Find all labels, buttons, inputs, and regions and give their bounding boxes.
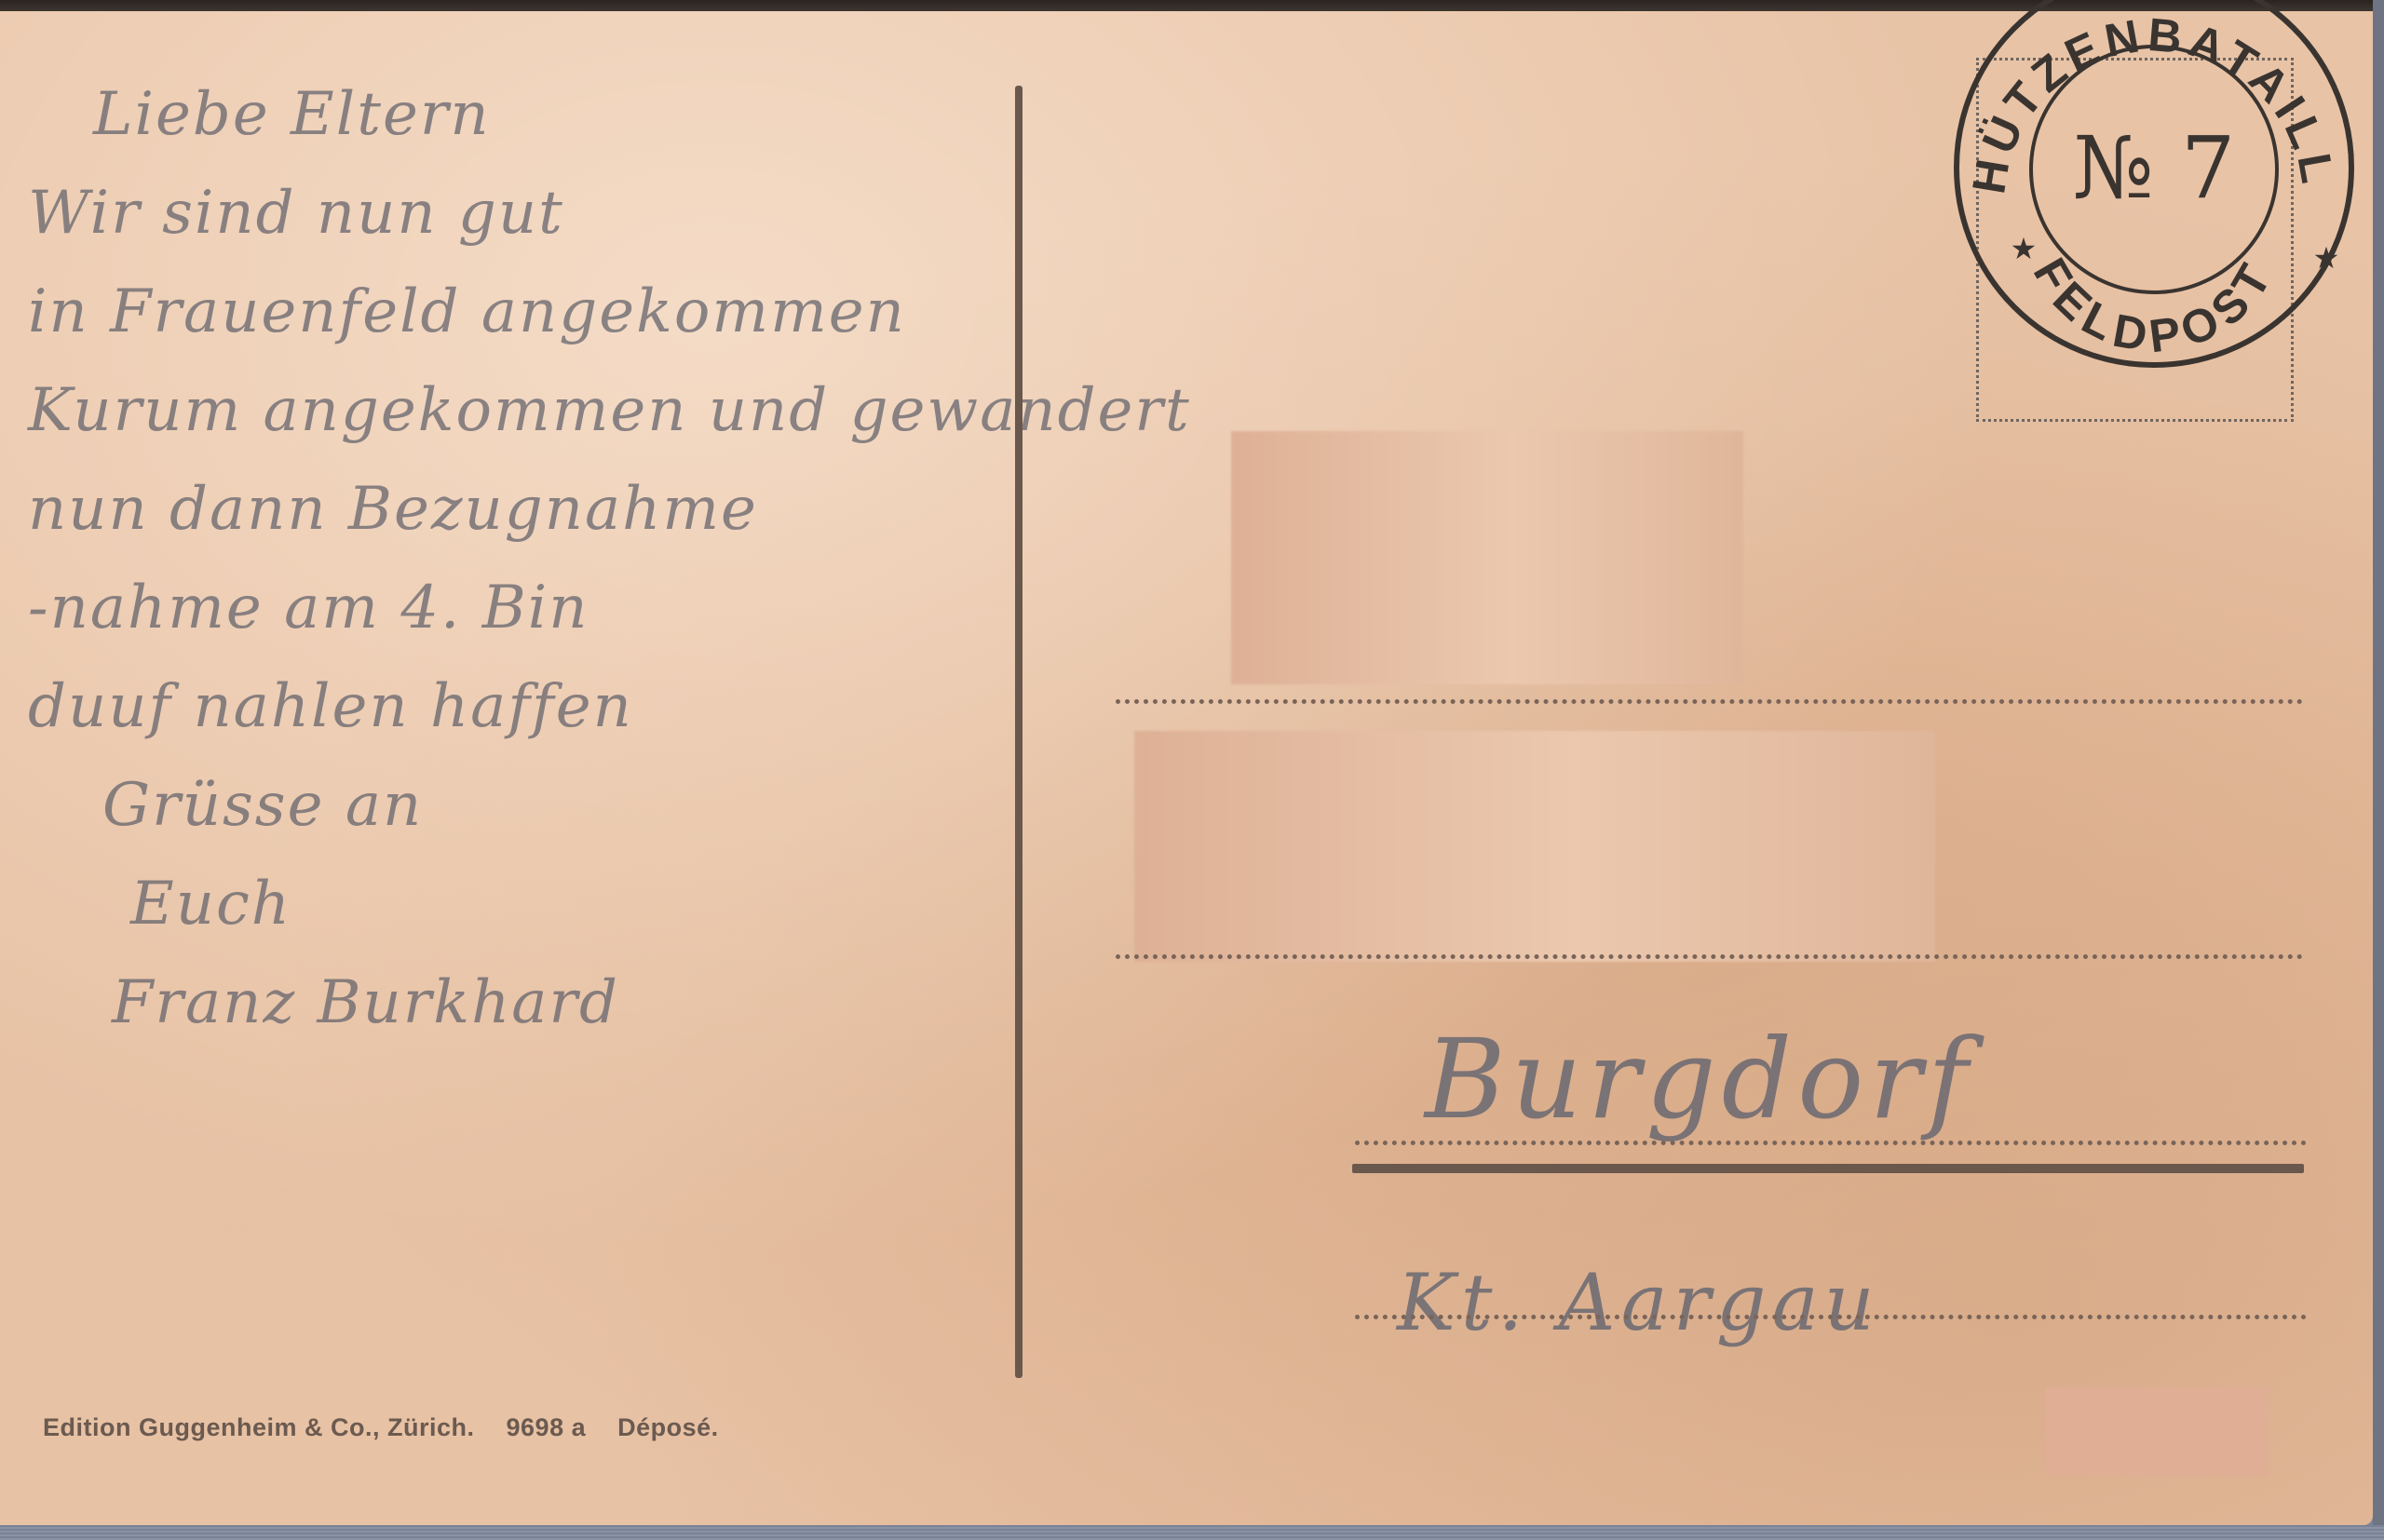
address-canton: Kt. Aargau <box>1397 1257 1880 1348</box>
address-dotted-line <box>1116 699 2303 704</box>
message-signature: Franz Burkhard <box>28 953 1006 1052</box>
star-icon: ★ <box>2011 232 2038 265</box>
address-city: Burgdorf <box>1425 1015 1973 1143</box>
message-line: Liebe Eltern <box>28 65 1006 164</box>
redacted-address-line-2 <box>1134 731 1935 962</box>
address-dotted-line <box>1355 1141 2307 1145</box>
imprint-publisher: Edition Guggenheim & Co., Zürich. <box>43 1413 475 1441</box>
message-line: Grüsse an <box>28 756 1006 855</box>
redacted-corner-note <box>2045 1387 2269 1476</box>
address-dotted-line <box>1355 1315 2307 1319</box>
postmark-number: № 7 <box>2073 118 2236 218</box>
handwritten-message: Liebe Eltern Wir sind nun gut in Frauenf… <box>28 65 1006 1052</box>
message-line: Kurum angekommen und gewandert <box>28 361 1006 460</box>
message-address-divider <box>1015 86 1023 1378</box>
message-line: -nahme am 4. Bin <box>28 559 1006 657</box>
message-line: duuf nahlen haffen <box>28 657 1006 756</box>
scan-right-edge <box>2373 0 2384 1540</box>
message-line: nun dann Bezugnahme <box>28 460 1006 559</box>
message-line: in Frauenfeld angekommen <box>28 263 1006 361</box>
publisher-imprint: Edition Guggenheim & Co., Zürich. 9698 a… <box>43 1413 743 1442</box>
imprint-number: 9698 a <box>507 1413 587 1441</box>
address-underline <box>1352 1164 2304 1173</box>
address-dotted-line <box>1116 954 2303 959</box>
imprint-notice: Déposé. <box>617 1413 719 1441</box>
message-line: Wir sind nun gut <box>28 164 1006 263</box>
scan-bottom-edge <box>0 1525 2384 1540</box>
redacted-address-line-1 <box>1231 431 1743 684</box>
feldpost-postmark: SCHÜTZENBATAILLON FELDPOST № 7 ★ ★ <box>1935 0 2373 410</box>
star-icon: ★ <box>2313 241 2340 275</box>
message-line: Euch <box>28 855 1006 953</box>
